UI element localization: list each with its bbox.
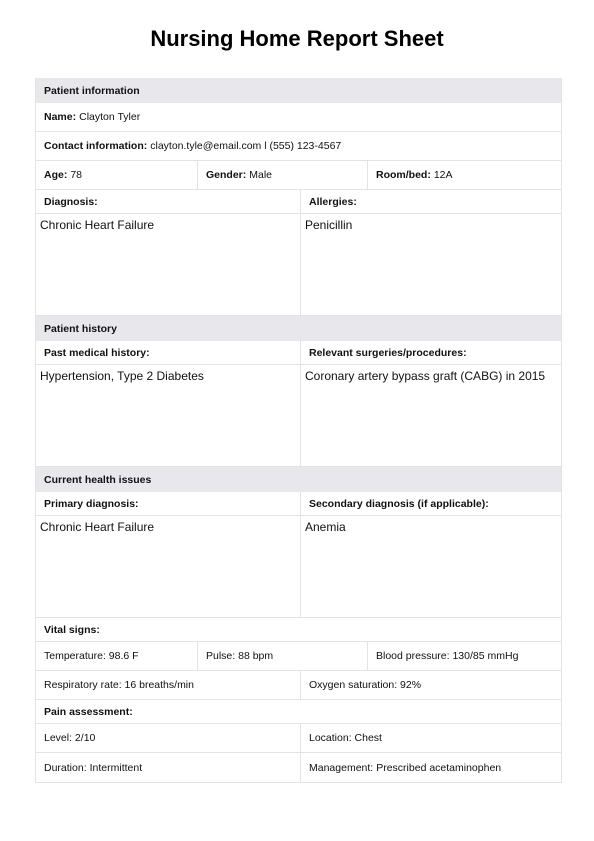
diagnosis-values-row: Chronic Heart Failure Penicillin — [36, 214, 561, 316]
report-sheet: Patient information Name: Clayton Tyler … — [35, 78, 562, 783]
history-header-row: Past medical history: Relevant surgeries… — [36, 341, 561, 365]
pain-level-field[interactable]: Level: 2/10 — [36, 724, 300, 752]
name-label: Name: — [44, 111, 76, 123]
management-label: Management: — [309, 762, 373, 774]
contact-row: Contact information: clayton.tyle@email.… — [36, 132, 561, 161]
diagnosis-header-row: Diagnosis: Allergies: — [36, 190, 561, 214]
pulse-field[interactable]: Pulse: 88 bpm — [197, 642, 367, 670]
contact-field[interactable]: Contact information: clayton.tyle@email.… — [36, 132, 561, 160]
allergies-label: Allergies: — [300, 190, 561, 213]
section-label: Patient history — [36, 316, 561, 341]
pain-location-field[interactable]: Location: Chest — [300, 724, 561, 752]
gender-field[interactable]: Gender: Male — [197, 161, 367, 189]
gender-value: Male — [249, 169, 272, 181]
section-label: Patient information — [36, 78, 561, 103]
temperature-field[interactable]: Temperature: 98.6 F — [36, 642, 197, 670]
pain-duration-field[interactable]: Duration: Intermittent — [36, 753, 300, 782]
history-values-row: Hypertension, Type 2 Diabetes Coronary a… — [36, 365, 561, 467]
vital-signs-label: Vital signs: — [36, 618, 561, 641]
vitals-row-1: Temperature: 98.6 F Pulse: 88 bpm Blood … — [36, 642, 561, 671]
oxygen-saturation-field[interactable]: Oxygen saturation: 92% — [300, 671, 561, 699]
duration-value: Intermittent — [90, 762, 143, 774]
pain-row-1: Level: 2/10 Location: Chest — [36, 724, 561, 753]
secondary-diagnosis-value[interactable]: Anemia — [300, 516, 561, 617]
section-label: Current health issues — [36, 467, 561, 492]
current-diagnosis-header-row: Primary diagnosis: Secondary diagnosis (… — [36, 492, 561, 516]
primary-diagnosis-value[interactable]: Chronic Heart Failure — [36, 516, 300, 617]
room-value: 12A — [434, 169, 453, 181]
room-field[interactable]: Room/bed: 12A — [367, 161, 561, 189]
primary-diagnosis-label: Primary diagnosis: — [36, 492, 300, 515]
name-field[interactable]: Name: Clayton Tyler — [36, 103, 561, 131]
section-current-health-issues: Current health issues — [36, 467, 561, 492]
name-value: Clayton Tyler — [79, 111, 140, 123]
duration-label: Duration: — [44, 762, 87, 774]
allergies-value[interactable]: Penicillin — [300, 214, 561, 315]
past-medical-history-value[interactable]: Hypertension, Type 2 Diabetes — [36, 365, 300, 466]
gender-label: Gender: — [206, 169, 246, 181]
blood-pressure-field[interactable]: Blood pressure: 130/85 mmHg — [367, 642, 561, 670]
vital-signs-header-row: Vital signs: — [36, 618, 561, 642]
contact-value: clayton.tyle@email.com l (555) 123-4567 — [150, 140, 341, 152]
past-medical-history-label: Past medical history: — [36, 341, 300, 364]
demographics-row: Age: 78 Gender: Male Room/bed: 12A — [36, 161, 561, 190]
pain-assessment-label: Pain assessment: — [36, 700, 561, 723]
section-patient-information: Patient information — [36, 78, 561, 103]
surgeries-label: Relevant surgeries/procedures: — [300, 341, 561, 364]
management-value: Prescribed acetaminophen — [376, 762, 501, 774]
pain-management-field[interactable]: Management: Prescribed acetaminophen — [300, 753, 561, 782]
room-label: Room/bed: — [376, 169, 431, 181]
diagnosis-label: Diagnosis: — [36, 190, 300, 213]
pain-row-2: Duration: Intermittent Management: Presc… — [36, 753, 561, 783]
vitals-row-2: Respiratory rate: 16 breaths/min Oxygen … — [36, 671, 561, 700]
age-field[interactable]: Age: 78 — [36, 161, 197, 189]
name-row: Name: Clayton Tyler — [36, 103, 561, 132]
surgeries-value[interactable]: Coronary artery bypass graft (CABG) in 2… — [300, 365, 561, 466]
section-patient-history: Patient history — [36, 316, 561, 341]
contact-label: Contact information: — [44, 140, 147, 152]
respiratory-rate-field[interactable]: Respiratory rate: 16 breaths/min — [36, 671, 300, 699]
age-label: Age: — [44, 169, 67, 181]
current-diagnosis-values-row: Chronic Heart Failure Anemia — [36, 516, 561, 618]
diagnosis-value[interactable]: Chronic Heart Failure — [36, 214, 300, 315]
secondary-diagnosis-label: Secondary diagnosis (if applicable): — [300, 492, 561, 515]
pain-assessment-header-row: Pain assessment: — [36, 700, 561, 724]
age-value: 78 — [70, 169, 82, 181]
page-title: Nursing Home Report Sheet — [0, 26, 594, 52]
